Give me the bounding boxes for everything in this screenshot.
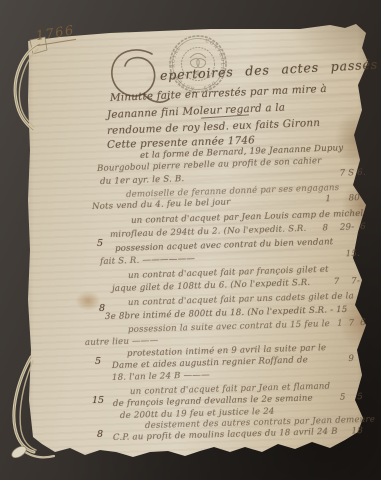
handwritten-text: 18. l'an le 24 B ——— <box>112 370 210 383</box>
photo-of-manuscript: · CONTROLLE · DES · ACTES · ROYAL · 1766… <box>0 0 381 480</box>
amount-value: 1 80 <box>325 193 366 204</box>
margin-number: 5 <box>95 356 101 367</box>
amount-value: 5 5 <box>340 392 366 403</box>
manuscript-line: epertoires des actes passés <box>160 57 374 83</box>
handwritten-text: mirofleau de 294tt du 2. (No l'expedit. … <box>110 224 307 240</box>
margin-number: 8 <box>99 303 105 314</box>
amount-value: 9 <box>348 353 366 364</box>
handwritten-text: epertoires des actes passés <box>160 57 379 83</box>
year-annotation: 1766 <box>35 23 76 46</box>
amount-value: 1 7 6 <box>337 318 366 329</box>
handwritten-text: Jeananne fini Moleur regard a la <box>107 102 286 121</box>
margin-number: 15 <box>92 395 104 406</box>
margin-number: 5 <box>97 238 103 249</box>
amount-value: 7 S 6. <box>339 168 366 179</box>
amount-value: 8 29- 6 <box>322 222 366 233</box>
handwritten-text: fait S. R. —————— <box>100 254 195 267</box>
handwritten-text: autre lieu ——— <box>85 336 159 348</box>
handwriting-layer: 1766 epertoires des actes passésMinutte … <box>0 0 381 480</box>
margin-number: 8 <box>97 429 103 440</box>
amount-value: 18 <box>351 426 366 436</box>
handwritten-text: Nots vend du 4. feu le bel jour <box>92 197 231 212</box>
handwritten-text: du 1er ayr. le S. B. <box>100 174 185 187</box>
amount-value: 15. <box>346 249 366 260</box>
amount-value: 7 7- <box>334 276 366 287</box>
